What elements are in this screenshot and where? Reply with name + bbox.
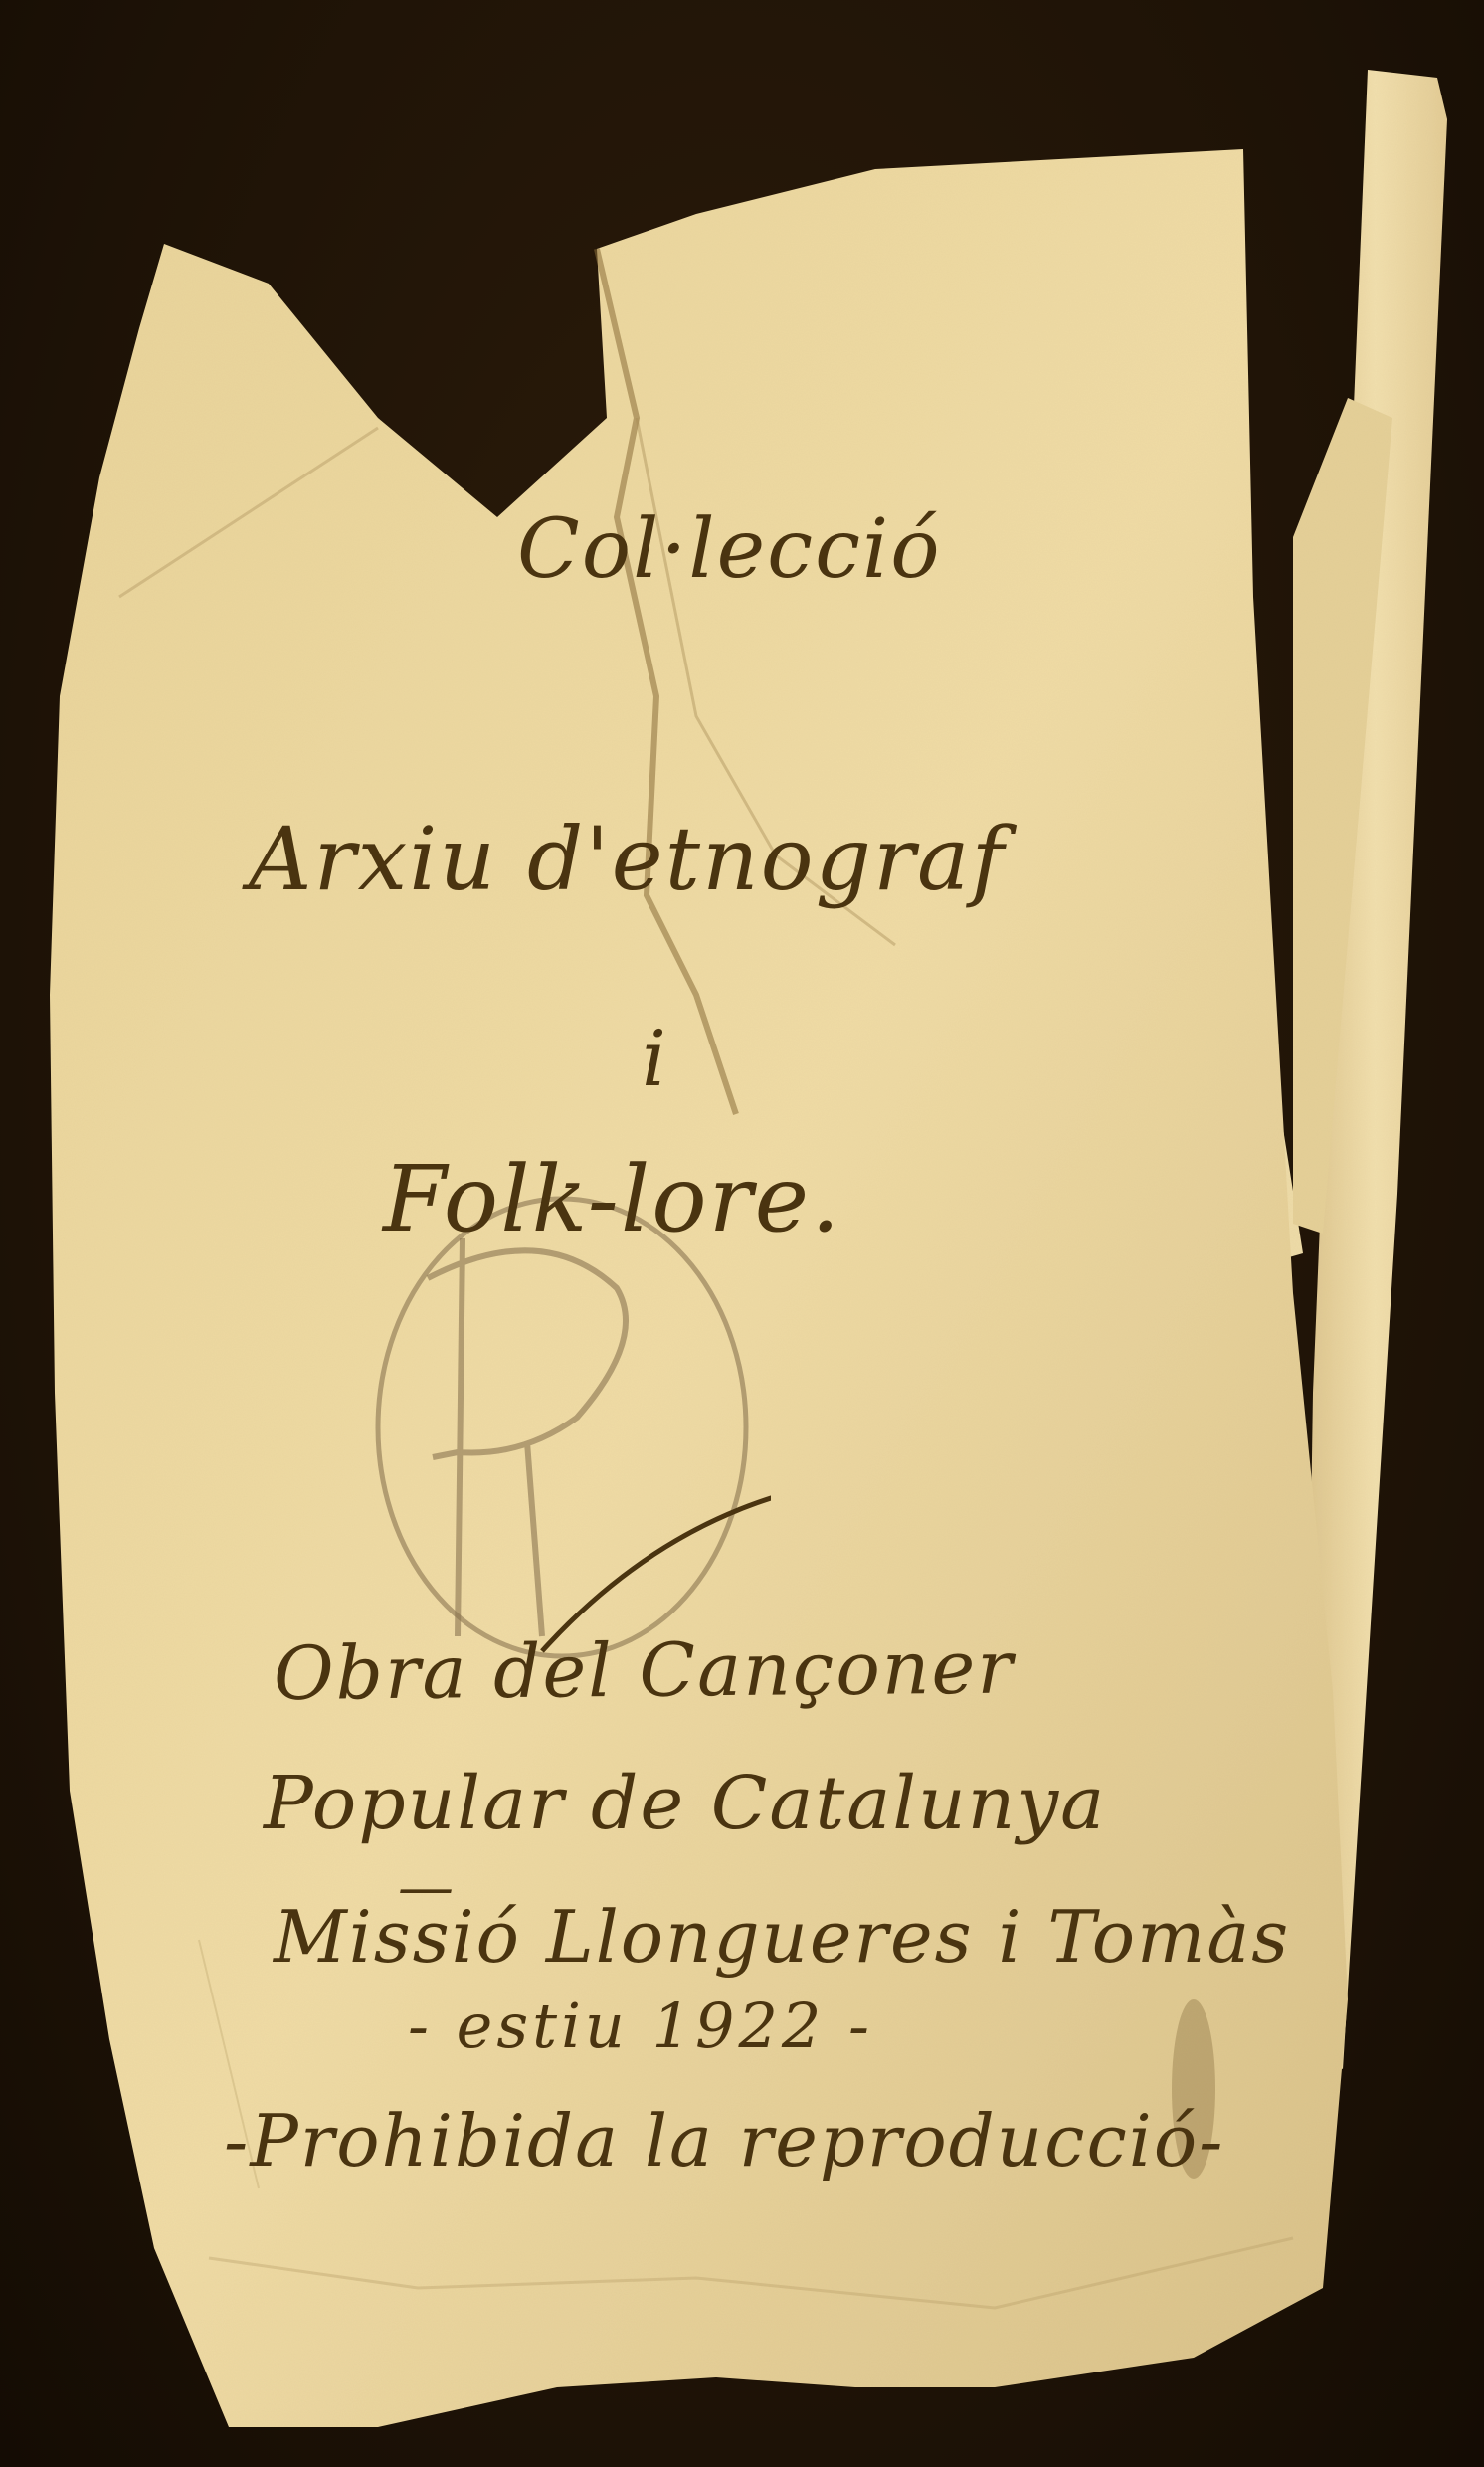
title-conjunction: i (642, 1015, 668, 1104)
body-date: - estiu 1922 - (408, 1990, 873, 2062)
title-coleccio: Col·lecció (517, 502, 942, 597)
title-arxiu-etnografia: Arxiu d'etnograf (249, 808, 1006, 910)
body-reproduction-notice: -Prohibida la reproducció- (224, 2099, 1225, 2182)
pencil-circle-annotation (363, 1179, 771, 1676)
body-missio: Missió Llongueres i Tomàs (274, 1895, 1290, 1979)
body-popular-catalunya: Popular de Catalunya (264, 1761, 1106, 1846)
body-obra-canconer: Obra del Cançoner (274, 1625, 1015, 1717)
title-folklore: Folk-lore. (383, 1146, 841, 1252)
